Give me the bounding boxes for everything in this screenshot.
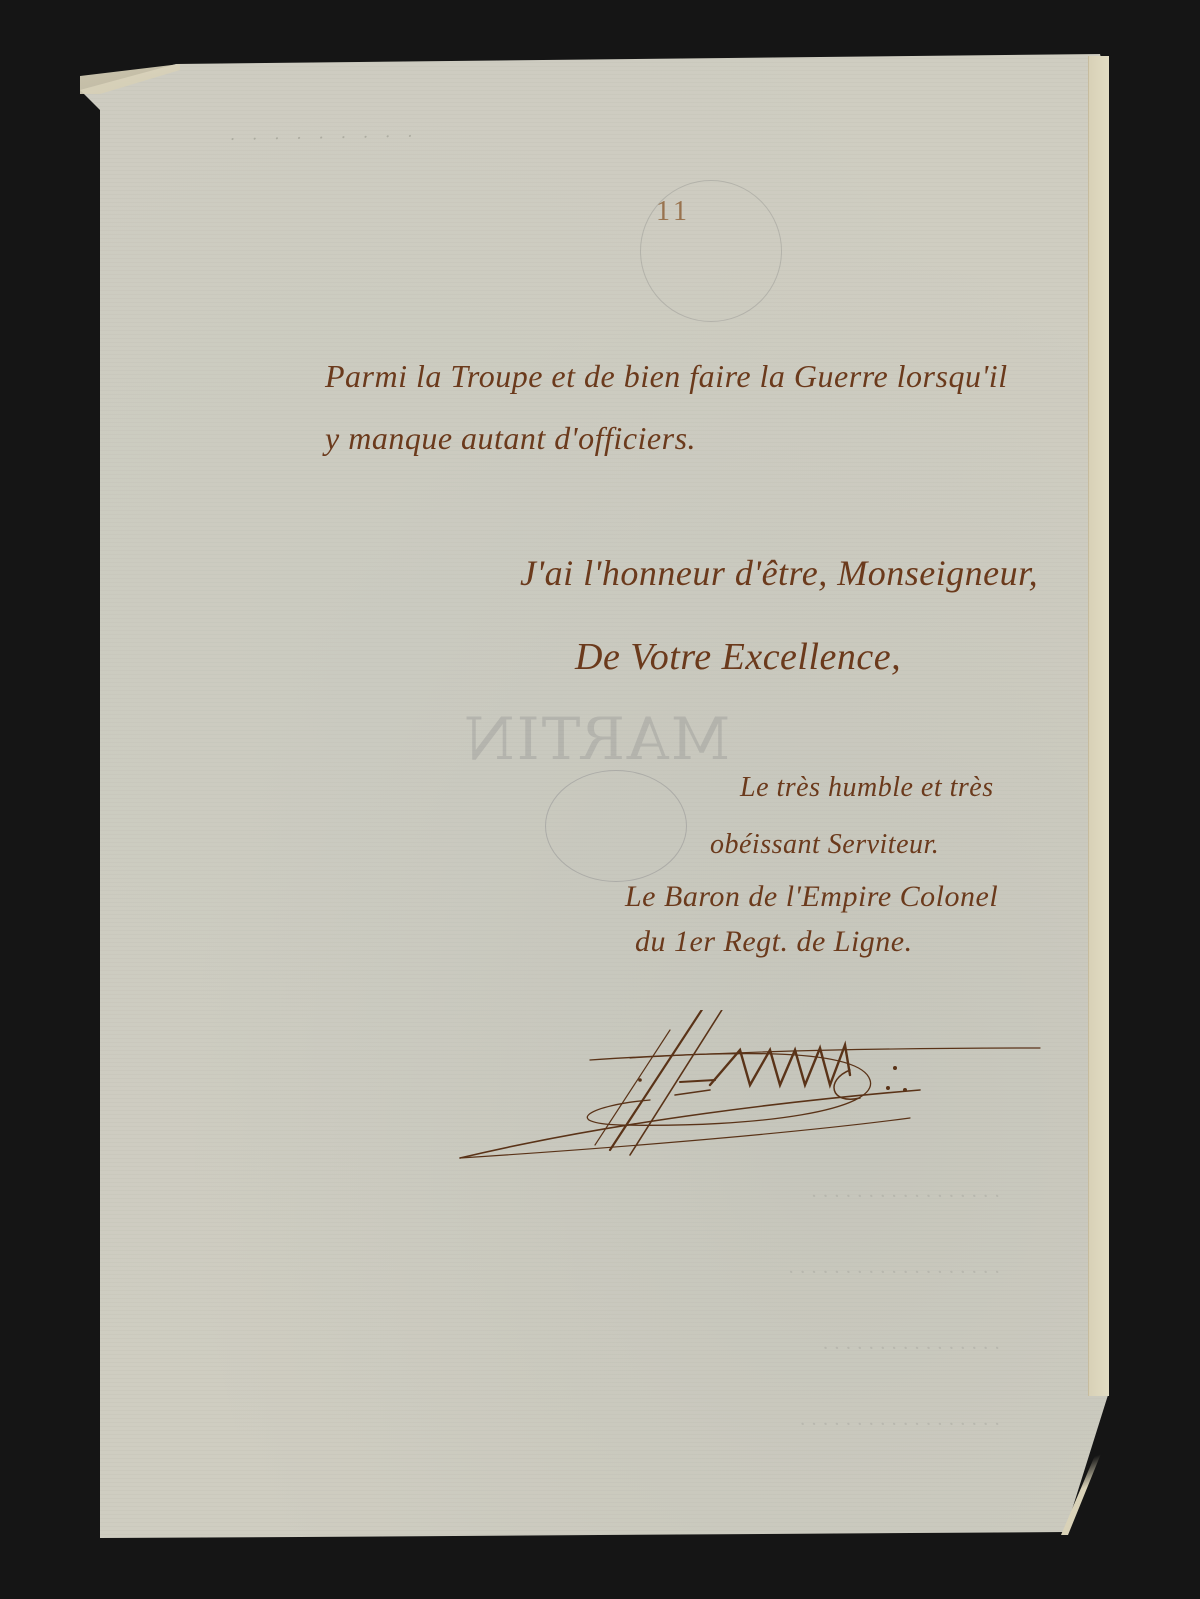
- folded-edge-right: [1088, 56, 1109, 1396]
- signature-block-line: Le Baron de l'Empire Colonel: [625, 880, 998, 914]
- letter-body-line: y manque autant d'officiers.: [325, 420, 696, 457]
- closing-salutation: J'ai l'honneur d'être, Monseigneur,: [520, 552, 1038, 594]
- signature-block-line: obéissant Serviteur.: [710, 829, 939, 861]
- bleed-through-line: · · · · · · · · · · · · · · · ·: [150, 1330, 1000, 1368]
- signature-block-line: Le très humble et très: [740, 772, 994, 804]
- handwritten-signature: [440, 1010, 1060, 1160]
- signature-block-line: du 1er Regt. de Ligne.: [635, 925, 913, 959]
- bleed-through-stamp: MARTIN: [462, 705, 730, 773]
- folio-number: 11: [656, 196, 691, 228]
- closing-excellence: De Votre Excellence,: [575, 635, 901, 679]
- bleed-through-line: · · · · · · · · · · · · · · · · · ·: [150, 1406, 1000, 1444]
- bleed-through-line: · · · · · · · · · · · · · · · · · · ·: [150, 1254, 1000, 1292]
- bleed-through-line: · · · · · · · · · · · · · · · · ·: [150, 1178, 1000, 1216]
- bleed-through-text: · · · · · · · · · · · · · · · · · · · · …: [150, 1140, 1000, 1482]
- letter-body-line: Parmi la Troupe et de bien faire la Guer…: [325, 358, 1008, 395]
- bleed-through-seal-circle: [545, 770, 687, 882]
- faded-docket-text: · · · · · · · · ·: [230, 126, 419, 148]
